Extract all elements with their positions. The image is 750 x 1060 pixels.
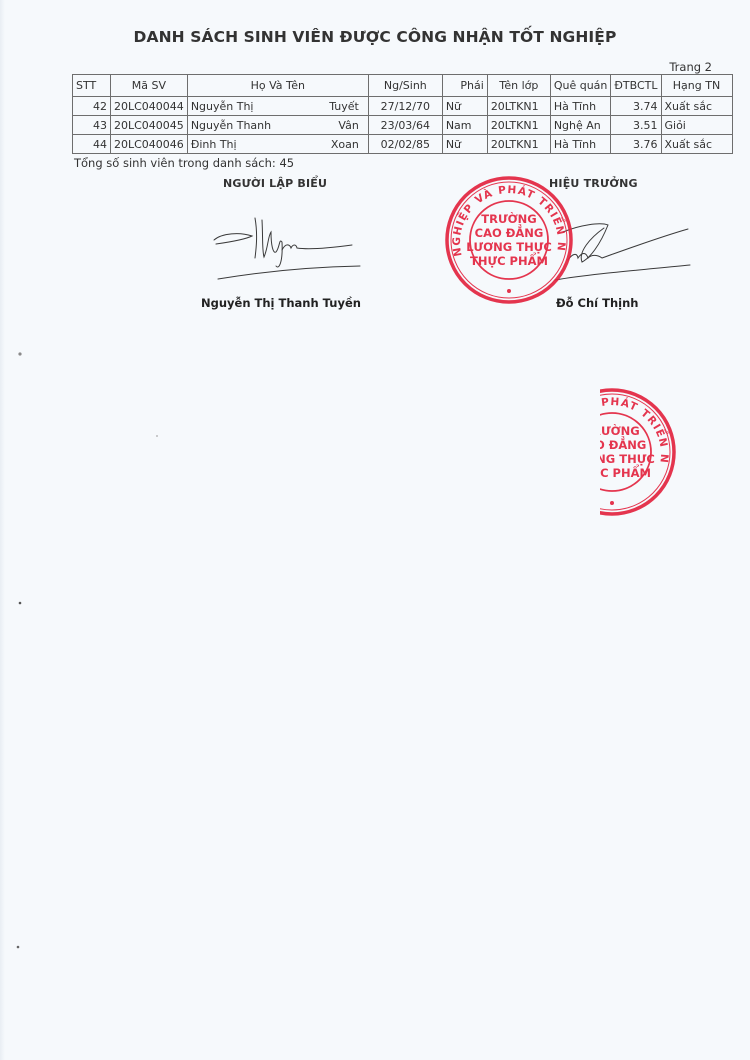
partial-stamp: BỘ NÔNG NGHIỆP VÀ PHÁT TRIỂN NÔNG THÔNTR… xyxy=(0,0,674,514)
signatures-and-stamps: BỘ NÔNG NGHIỆP VÀ PHÁT TRIỂN NÔNG THÔNTR… xyxy=(0,0,750,1060)
svg-text:LƯƠNG THỰC: LƯƠNG THỰC xyxy=(569,452,655,466)
svg-text:TRƯỜNG: TRƯỜNG xyxy=(481,211,536,226)
scan-speck xyxy=(18,352,21,355)
svg-text:TRƯỜNG: TRƯỜNG xyxy=(584,423,639,438)
svg-text:THỰC PHẨM: THỰC PHẨM xyxy=(573,463,651,480)
scan-speck xyxy=(156,435,158,437)
preparer-signature xyxy=(214,218,360,279)
principal-name: Đỗ Chí Thịnh xyxy=(556,296,638,310)
school-stamp: BỘ NÔNG NGHIỆP VÀ PHÁT TRIỂN NÔNG THÔNTR… xyxy=(0,0,571,302)
principal-signature xyxy=(555,224,690,280)
svg-text:CAO ĐẲNG: CAO ĐẲNG xyxy=(475,223,544,240)
scan-speck xyxy=(17,946,20,949)
scan-speck xyxy=(19,602,22,605)
svg-text:CAO ĐẲNG: CAO ĐẲNG xyxy=(578,435,647,452)
svg-text:THỰC PHẨM: THỰC PHẨM xyxy=(470,251,548,268)
preparer-name: Nguyễn Thị Thanh Tuyền xyxy=(201,296,361,310)
svg-text:LƯƠNG THỰC: LƯƠNG THỰC xyxy=(466,240,552,254)
